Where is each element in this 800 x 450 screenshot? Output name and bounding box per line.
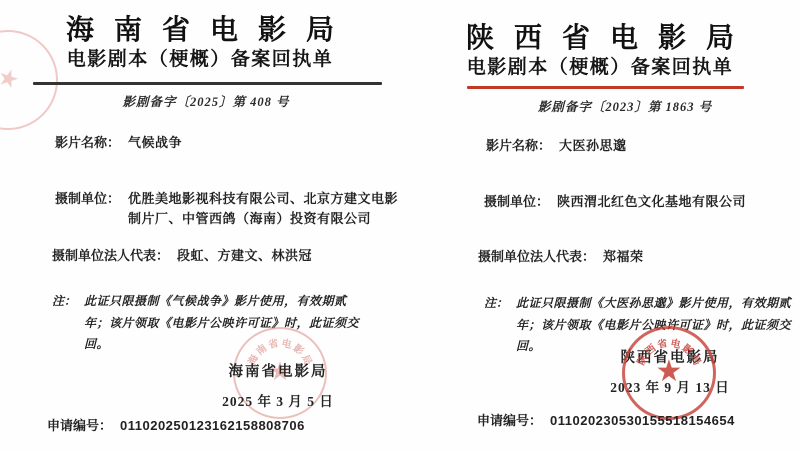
- note-section: 注： 此证只限摄制《气候战争》影片使用，有效期贰年；该片领取《电影片公映许可证》…: [52, 291, 366, 356]
- legal-representative-label: 摄制单位法人代表：: [478, 247, 595, 267]
- field-producer: 摄制单位： 优胜美地影视科技有限公司、北京方建文电影制片厂、中管西鸽（海南）投资…: [55, 189, 400, 229]
- film-name-value: 气候战争: [128, 133, 182, 153]
- document-hainan-receipt: ★ 海南省电影局 电影剧本（梗概）备案回执单 影剧备字〔2025〕第 408 号…: [0, 0, 400, 450]
- film-name-label: 影片名称：: [486, 136, 551, 156]
- document-number: 影剧备字〔2025〕第 408 号: [6, 92, 400, 110]
- document-shaanxi-receipt: 陕西省电影局 电影剧本（梗概）备案回执单 影剧备字〔2023〕第 1863 号 …: [400, 0, 800, 450]
- application-number-label: 申请编号：: [477, 411, 542, 431]
- header-divider: [33, 82, 382, 85]
- field-producer: 摄制单位： 陕西渭北红色文化基地有限公司: [484, 192, 746, 212]
- field-legal-representative: 摄制单位法人代表： 郑福荣: [478, 247, 644, 267]
- legal-representative-value: 段虹、方建文、林洪冠: [177, 246, 312, 266]
- note-label: 注：: [52, 291, 76, 356]
- producer-value: 优胜美地影视科技有限公司、北京方建文电影制片厂、中管西鸽（海南）投资有限公司: [128, 189, 400, 229]
- application-number-row: 申请编号： 011020230530155518154654: [477, 411, 735, 431]
- bureau-title: 海南省电影局: [0, 8, 400, 48]
- header-divider: [467, 86, 744, 89]
- issue-date: 2025 年 3 月 5 日: [173, 390, 383, 410]
- form-title: 电影剧本（梗概）备案回执单: [0, 44, 400, 71]
- producer-value: 陕西渭北红色文化基地有限公司: [557, 192, 746, 212]
- producer-label: 摄制单位：: [55, 189, 120, 229]
- document-number: 影剧备字〔2023〕第 1863 号: [425, 97, 800, 115]
- issuer-name: 海南省电影局: [173, 360, 383, 381]
- bureau-title: 陕西省电影局: [400, 16, 800, 56]
- application-number-value: 011020250123162158808706: [120, 416, 305, 436]
- producer-label: 摄制单位：: [484, 192, 549, 212]
- signature-block: 海南省电影局 2025 年 3 月 5 日: [173, 360, 383, 410]
- legal-representative-label: 摄制单位法人代表：: [52, 246, 169, 266]
- note-label: 注：: [484, 293, 508, 358]
- application-number-label: 申请编号：: [47, 416, 112, 436]
- note-text: 此证只限摄制《气候战争》影片使用，有效期贰年；该片领取《电影片公映许可证》时，此…: [84, 291, 366, 356]
- form-title: 电影剧本（梗概）备案回执单: [400, 52, 800, 79]
- issuer-name: 陕西省电影局: [565, 346, 775, 367]
- application-number-value: 011020230530155518154654: [550, 411, 735, 431]
- film-name-label: 影片名称：: [55, 133, 120, 153]
- signature-block: 陕西省电影局 2023 年 9 月 13 日: [565, 346, 775, 396]
- film-name-value: 大医孙思邈: [559, 136, 627, 156]
- field-legal-representative: 摄制单位法人代表： 段虹、方建文、林洪冠: [52, 246, 312, 266]
- scanned-documents-canvas: ★ 海南省电影局 电影剧本（梗概）备案回执单 影剧备字〔2025〕第 408 号…: [0, 0, 800, 450]
- field-film-name: 影片名称： 气候战争: [55, 133, 182, 153]
- issue-date: 2023 年 9 月 13 日: [565, 376, 775, 396]
- legal-representative-value: 郑福荣: [603, 247, 644, 267]
- field-film-name: 影片名称： 大医孙思邈: [486, 136, 627, 156]
- application-number-row: 申请编号： 011020250123162158808706: [47, 416, 305, 436]
